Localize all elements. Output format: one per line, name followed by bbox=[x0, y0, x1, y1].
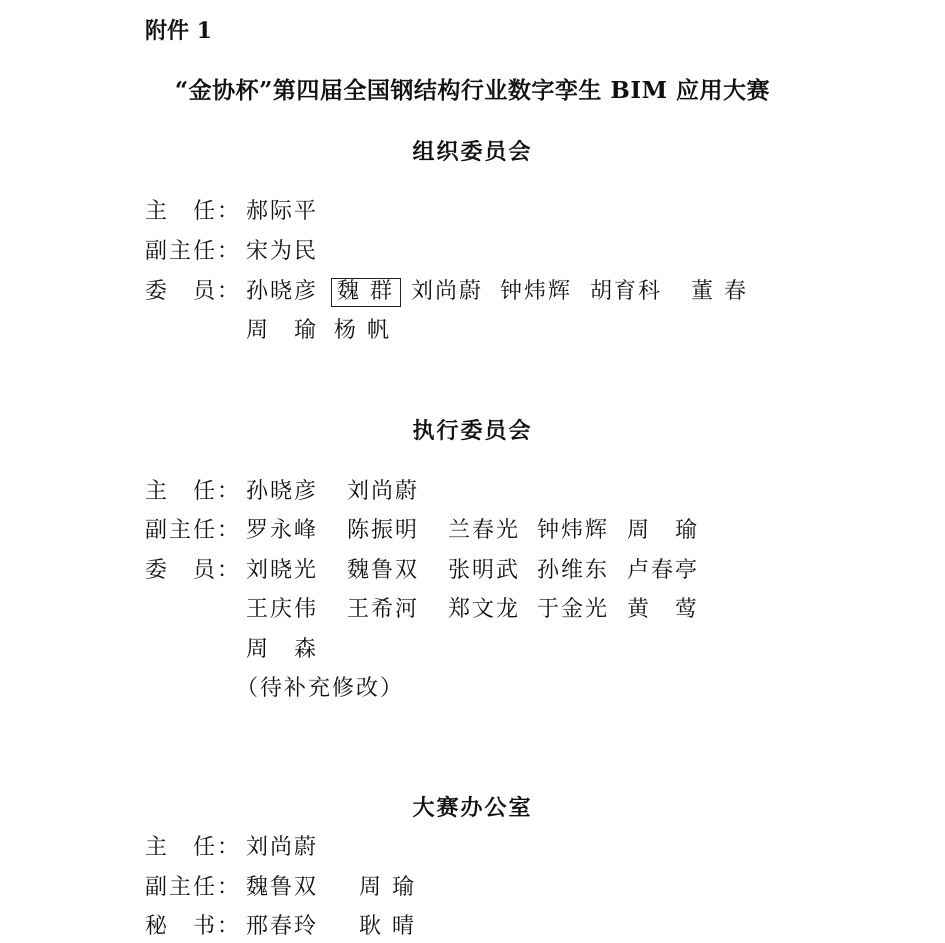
exec-note: （待补充修改） bbox=[236, 678, 404, 700]
exec-deputy-name: 兰春光 bbox=[448, 520, 520, 542]
office-deputy-name: 周 瑜 bbox=[359, 877, 416, 899]
exec-director-name: 刘尚蔚 bbox=[347, 481, 419, 503]
org-member-name: 杨 帆 bbox=[334, 320, 391, 342]
exec-member-name: 王庆伟 bbox=[246, 599, 318, 621]
org-deputy-name: 宋为民 bbox=[246, 241, 318, 263]
exec-committee-heading: 执行委员会 bbox=[0, 420, 945, 442]
exec-deputy-name: 钟炜辉 bbox=[537, 520, 609, 542]
exec-member-name: 刘晓光 bbox=[246, 560, 318, 582]
exec-deputy-label: 副主任： bbox=[145, 520, 241, 542]
exec-member-name: 于金光 bbox=[537, 599, 609, 621]
attachment-label: 附件 1 bbox=[145, 20, 212, 42]
org-deputy-label: 副主任： bbox=[145, 241, 241, 263]
exec-deputy-name: 陈振明 bbox=[347, 520, 419, 542]
exec-member-name: 张明武 bbox=[448, 560, 520, 582]
exec-deputy-name: 罗永峰 bbox=[246, 520, 318, 542]
document-title: “金协杯”第四届全国钢结构行业数字孪生 BIM 应用大赛 bbox=[0, 79, 945, 102]
office-secretary-name: 耿 晴 bbox=[359, 916, 416, 938]
org-member-name-highlighted: 魏 群 bbox=[331, 278, 401, 307]
exec-director-name: 孙晓彦 bbox=[246, 481, 318, 503]
org-member-name: 周 瑜 bbox=[246, 320, 318, 342]
office-secretary-name: 邢春玲 bbox=[246, 916, 318, 938]
org-member-name: 董 春 bbox=[691, 281, 748, 303]
exec-member-name: 黄 莺 bbox=[627, 599, 699, 621]
exec-member-name: 孙维东 bbox=[537, 560, 609, 582]
org-member-name: 钟炜辉 bbox=[500, 281, 572, 303]
org-member-name: 孙晓彦 bbox=[246, 281, 318, 303]
exec-director-label: 主 任： bbox=[145, 481, 241, 503]
org-committee-heading: 组织委员会 bbox=[0, 141, 945, 163]
office-heading: 大赛办公室 bbox=[0, 797, 945, 819]
org-director-name: 郝际平 bbox=[246, 201, 318, 223]
exec-member-name: 周 森 bbox=[246, 639, 318, 661]
exec-member-name: 郑文龙 bbox=[448, 599, 520, 621]
exec-member-name: 卢春亭 bbox=[627, 560, 699, 582]
exec-member-name: 王希河 bbox=[347, 599, 419, 621]
org-member-name: 胡育科 bbox=[590, 281, 662, 303]
office-director-name: 刘尚蔚 bbox=[246, 837, 318, 859]
org-members-label: 委 员： bbox=[145, 281, 241, 303]
office-director-label: 主 任： bbox=[145, 837, 241, 859]
office-deputy-name: 魏鲁双 bbox=[246, 877, 318, 899]
office-secretary-label: 秘 书： bbox=[145, 916, 241, 938]
exec-member-name: 魏鲁双 bbox=[347, 560, 419, 582]
org-member-name: 刘尚蔚 bbox=[411, 281, 483, 303]
office-deputy-label: 副主任： bbox=[145, 877, 241, 899]
exec-members-label: 委 员： bbox=[145, 560, 241, 582]
exec-deputy-name: 周 瑜 bbox=[627, 520, 699, 542]
org-director-label: 主 任： bbox=[145, 201, 241, 223]
